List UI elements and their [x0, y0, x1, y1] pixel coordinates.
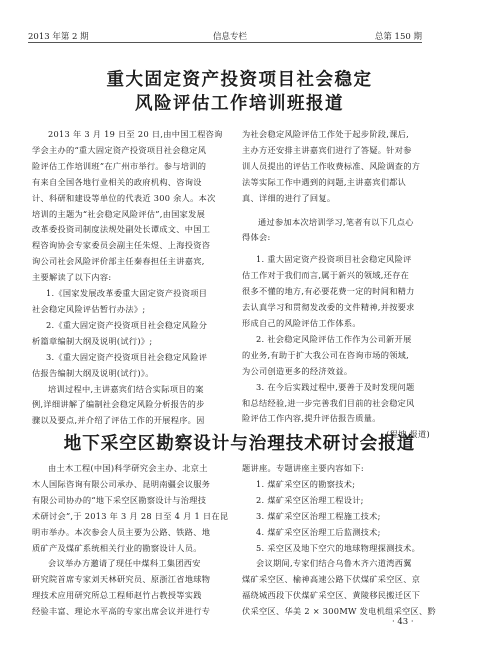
text-line: 煤矿采空区、榆神高速公路下伏煤矿采空区、京	[242, 572, 452, 588]
text-line: 5. 采空区及地下空穴的地球物理探测技术。	[242, 541, 452, 557]
text-line: 会议期间,专家们结合乌鲁木齐六道湾西翼	[242, 556, 452, 572]
article2-right-column: 题讲座。专题讲座主要内容如下: 1. 煤矿采空区的勘察技术; 2. 煤矿采空区治…	[242, 461, 452, 620]
text-line: 去认真学习和贯彻发改委的文件精神,并按要求	[242, 300, 452, 316]
article1-title-line2: 风险评估工作培训班报道	[0, 90, 479, 115]
text-line: 社会稳定风险评估暂行办法》;	[32, 302, 237, 318]
total-issue-label: 总第 150 期	[375, 30, 422, 42]
text-line: 为社会稳定风险评估工作处于起步阶段,课后,	[242, 127, 452, 143]
text-line: 和总结经验,进一步完善我们目前的社会稳定风	[242, 396, 452, 412]
text-line: 理技术应用研究所总工程师赵竹占教授等实践	[32, 588, 237, 604]
text-line: 主办方还安排主讲嘉宾们进行了答疑。针对参	[242, 143, 452, 159]
text-line: 法等实际工作中遇到的问题,主讲嘉宾们都认	[242, 175, 452, 191]
text-line: 术研讨会”,于 2013 年 3 月 28 日至 4 月 1 日在昆	[32, 509, 237, 525]
issue-label: 2013 年第 2 期	[28, 30, 89, 42]
text-line: 题讲座。专题讲座主要内容如下:	[242, 461, 452, 477]
text-line: 1.《国家发展改革委重大固定资产投资项目	[32, 286, 237, 302]
article2-title: 地下采空区勘察设计与治理技术研讨会报道	[0, 430, 479, 455]
text-line: 培训过程中,主讲嘉宾们结合实际项目的案	[32, 382, 237, 398]
text-line: 险评估工作内容,提升评估报告质量。	[242, 411, 452, 427]
text-line: 质矿产及煤矿系统相关行业的勘察设计人员。	[32, 541, 237, 557]
text-line: 伏采空区、华美 2 × 300MW 发电机组采空区、黔	[242, 604, 452, 620]
text-line: 4. 煤矿采空区治理工后监测技术;	[242, 525, 452, 541]
text-line: 2. 社会稳定风险评估工作作为公司新开展	[242, 332, 452, 348]
text-line: 估工作对于我们而言,属于新兴的领域,还存在	[242, 268, 452, 284]
article1-title-line1: 重大固定资产投资项目社会稳定	[0, 66, 479, 91]
text-line: 2.《重大固定资产投资项目社会稳定风险分	[32, 318, 237, 334]
text-line: 学会主办的“重大固定资产投资项目社会稳定风	[32, 143, 237, 159]
text-line: 改革委投资司制度法规处副处长谭成文、中国工	[32, 222, 237, 238]
text-line: 得体会:	[242, 230, 452, 246]
text-line: 计、科研和建设等单位的代表近 300 余人。本次	[32, 191, 237, 207]
text-line: 训人员提出的评估工作收费标准、风险调查的方	[242, 159, 452, 175]
text-line: 有限公司协办的“地下采空区勘察设计与治理技	[32, 493, 237, 509]
text-line: 骤以及要点,并介绍了评估工作的开展程序。因	[32, 413, 237, 429]
text-line: 1. 重大固定资产投资项目社会稳定风险评	[242, 252, 452, 268]
text-line: 程咨询协会专家委员会副主任朱煜、上海投资咨	[32, 238, 237, 254]
article1-left-column: 2013 年 3 月 19 日至 20 日,由中国工程咨询 学会主办的“重大固定…	[32, 127, 237, 429]
text-line: 的业务,有助于扩大我公司在咨询市场的领域,	[242, 348, 452, 364]
text-line: 3. 在今后实践过程中,要善于及时发现问题	[242, 380, 452, 396]
text-line: 真、详细的进行了回复。	[242, 191, 452, 207]
text-line: 例,详细讲解了编制社会稳定风险分析报告的步	[32, 397, 237, 413]
text-line: 估报告编制大纲及说明(试行)》。	[32, 366, 237, 382]
section-label: 信息专栏	[213, 30, 247, 42]
text-line: 险评估工作培训班”在广州市举行。参与培训的	[32, 159, 237, 175]
spacer	[242, 207, 452, 215]
text-line: 2. 煤矿采空区治理工程设计;	[242, 493, 452, 509]
text-line: 经验丰富、理论水平高的专家出席会议并进行专	[32, 604, 237, 620]
text-line: 3. 煤矿采空区治理工程施工技术;	[242, 509, 452, 525]
text-line: 询公司社会风险评价部主任秦春担任主讲嘉宾,	[32, 254, 237, 270]
text-line: 明市举办。本次参会人员主要为公路、铁路、地	[32, 525, 237, 541]
text-line: 木人国际咨询有限公司承办、昆明南疆会议服务	[32, 477, 237, 493]
text-line: 有来自全国各地行业相关的政府机构、咨询设	[32, 175, 237, 191]
text-line: 主要解读了以下内容:	[32, 270, 237, 286]
text-line: 形成自己的风险评估工作体系。	[242, 316, 452, 332]
text-line: 为公司创造更多的经济效益。	[242, 364, 452, 380]
text-line: 3.《重大固定资产投资项目社会稳定风险评	[32, 350, 237, 366]
text-line: 1. 煤矿采空区的勘察技术;	[242, 477, 452, 493]
text-line: 析篇章编制大纲及说明(试行)》;	[32, 334, 237, 350]
text-line: 通过参加本次培训学习,笔者有以下几点心	[242, 215, 452, 231]
page-number: · 43 ·	[392, 617, 414, 627]
text-line: 很多不懂的地方,有必要花费一定的时间和精力	[242, 284, 452, 300]
article1-right-column: 为社会稳定风险评估工作处于起步阶段,课后, 主办方还安排主讲嘉宾们进行了答疑。针…	[242, 127, 452, 443]
text-line: 福绕城西段下伏煤矿采空区、黄陵移民搬迁区下	[242, 588, 452, 604]
running-header: 2013 年第 2 期 信息专栏 总第 150 期	[28, 28, 422, 43]
text-line: 研究院首席专家刘天林研究员、原浙江省地球物	[32, 572, 237, 588]
text-line: 2013 年 3 月 19 日至 20 日,由中国工程咨询	[32, 127, 237, 143]
text-line: 培训的主题为“社会稳定风险评估”,由国家发展	[32, 207, 237, 223]
text-line: 由土木工程(中国)科学研究会主办、北京土	[32, 461, 237, 477]
article2-left-column: 由土木工程(中国)科学研究会主办、北京土 木人国际咨询有限公司承办、昆明南疆会议…	[32, 461, 237, 620]
text-line: 会议举办方邀请了现任中煤科工集团西安	[32, 556, 237, 572]
